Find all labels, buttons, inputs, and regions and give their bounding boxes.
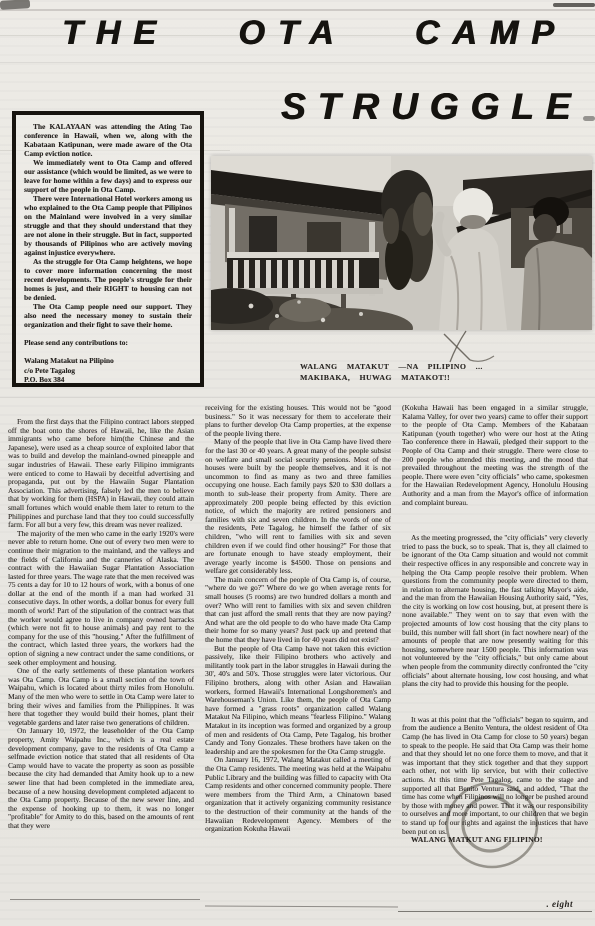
scan-streak [0,397,595,398]
contributions-label: Please send any contributions to: [24,338,192,347]
photo-illustration [211,156,592,330]
article-paragraph: One of the early settlements of these pl… [8,667,194,727]
headline-line-1: THE OTA CAMP [62,14,567,53]
address-line: c/o Pete Tagalog [24,366,192,376]
photo-caption: WALANG MATAKUT —NA PILIPINO ... MAKIBAKA… [300,361,520,383]
article-paragraph: Many of the people that live in Ota Camp… [205,438,391,576]
newspaper-page: THE OTA CAMP STRUGGLE The KALAYAAN was a… [0,0,595,926]
box-paragraph: As the struggle for Ota Camp heightens, … [24,257,192,302]
article-paragraph: The majority of the men who came in the … [8,530,194,668]
scan-streak [398,911,592,912]
caption-line-1: WALANG MATAKUT —NA PILIPINO ... [300,361,520,372]
page-number: . eight [546,899,573,909]
scan-streak [0,9,595,11]
scan-streak [10,899,200,900]
article-paragraph: On January 10, 1972, the leaseholder of … [8,727,194,830]
box-paragraph: We immediately went to Ota Camp and offe… [24,158,192,194]
article-paragraph: As the meeting progressed, the "city off… [402,534,588,689]
box-paragraph: There were International Hotel workers a… [24,194,192,257]
scan-smudge [553,3,595,7]
scan-streak [0,62,595,63]
box-paragraph: The KALAYAAN was attending the Ating Tao… [24,122,192,158]
article-paragraph: From the first days that the Filipino co… [8,418,194,530]
article-paragraph: But the people of Ota Camp have not take… [205,645,391,757]
scan-smudge [583,116,595,121]
article-column-2: receiving for the existing houses. This … [205,404,391,916]
scan-smudge [0,0,30,10]
address-line: Walang Matakut na Pilipino [24,356,192,366]
article-paragraph: The main concern of the people of Ota Ca… [205,576,391,645]
caption-line-2: MAKIBAKA, HUWAG MATAKOT!! [300,372,520,383]
headline-line-2: STRUGGLE [281,86,583,128]
article-paragraph: receiving for the existing houses. This … [205,404,391,438]
support-callout-box: The KALAYAAN was attending the Ating Tao… [12,111,204,387]
article-column-1: From the first days that the Filipino co… [8,404,194,916]
article-paragraph: On January 16, 1972, Walang Matakut call… [205,756,391,833]
address-line: Waipahu, Hawaii 96797 [24,385,192,387]
address-line: P.O. Box 384 [24,375,192,385]
article-paragraph: (Kokuha Hawaii has been engaged in a sim… [402,404,588,507]
mailing-address: Walang Matakut na Pilipino c/o Pete Taga… [24,356,192,387]
ota-camp-house-photo [211,156,592,330]
circled-c-pencil-mark [442,778,542,874]
box-paragraph: The Ota Camp people need our support. Th… [24,302,192,329]
